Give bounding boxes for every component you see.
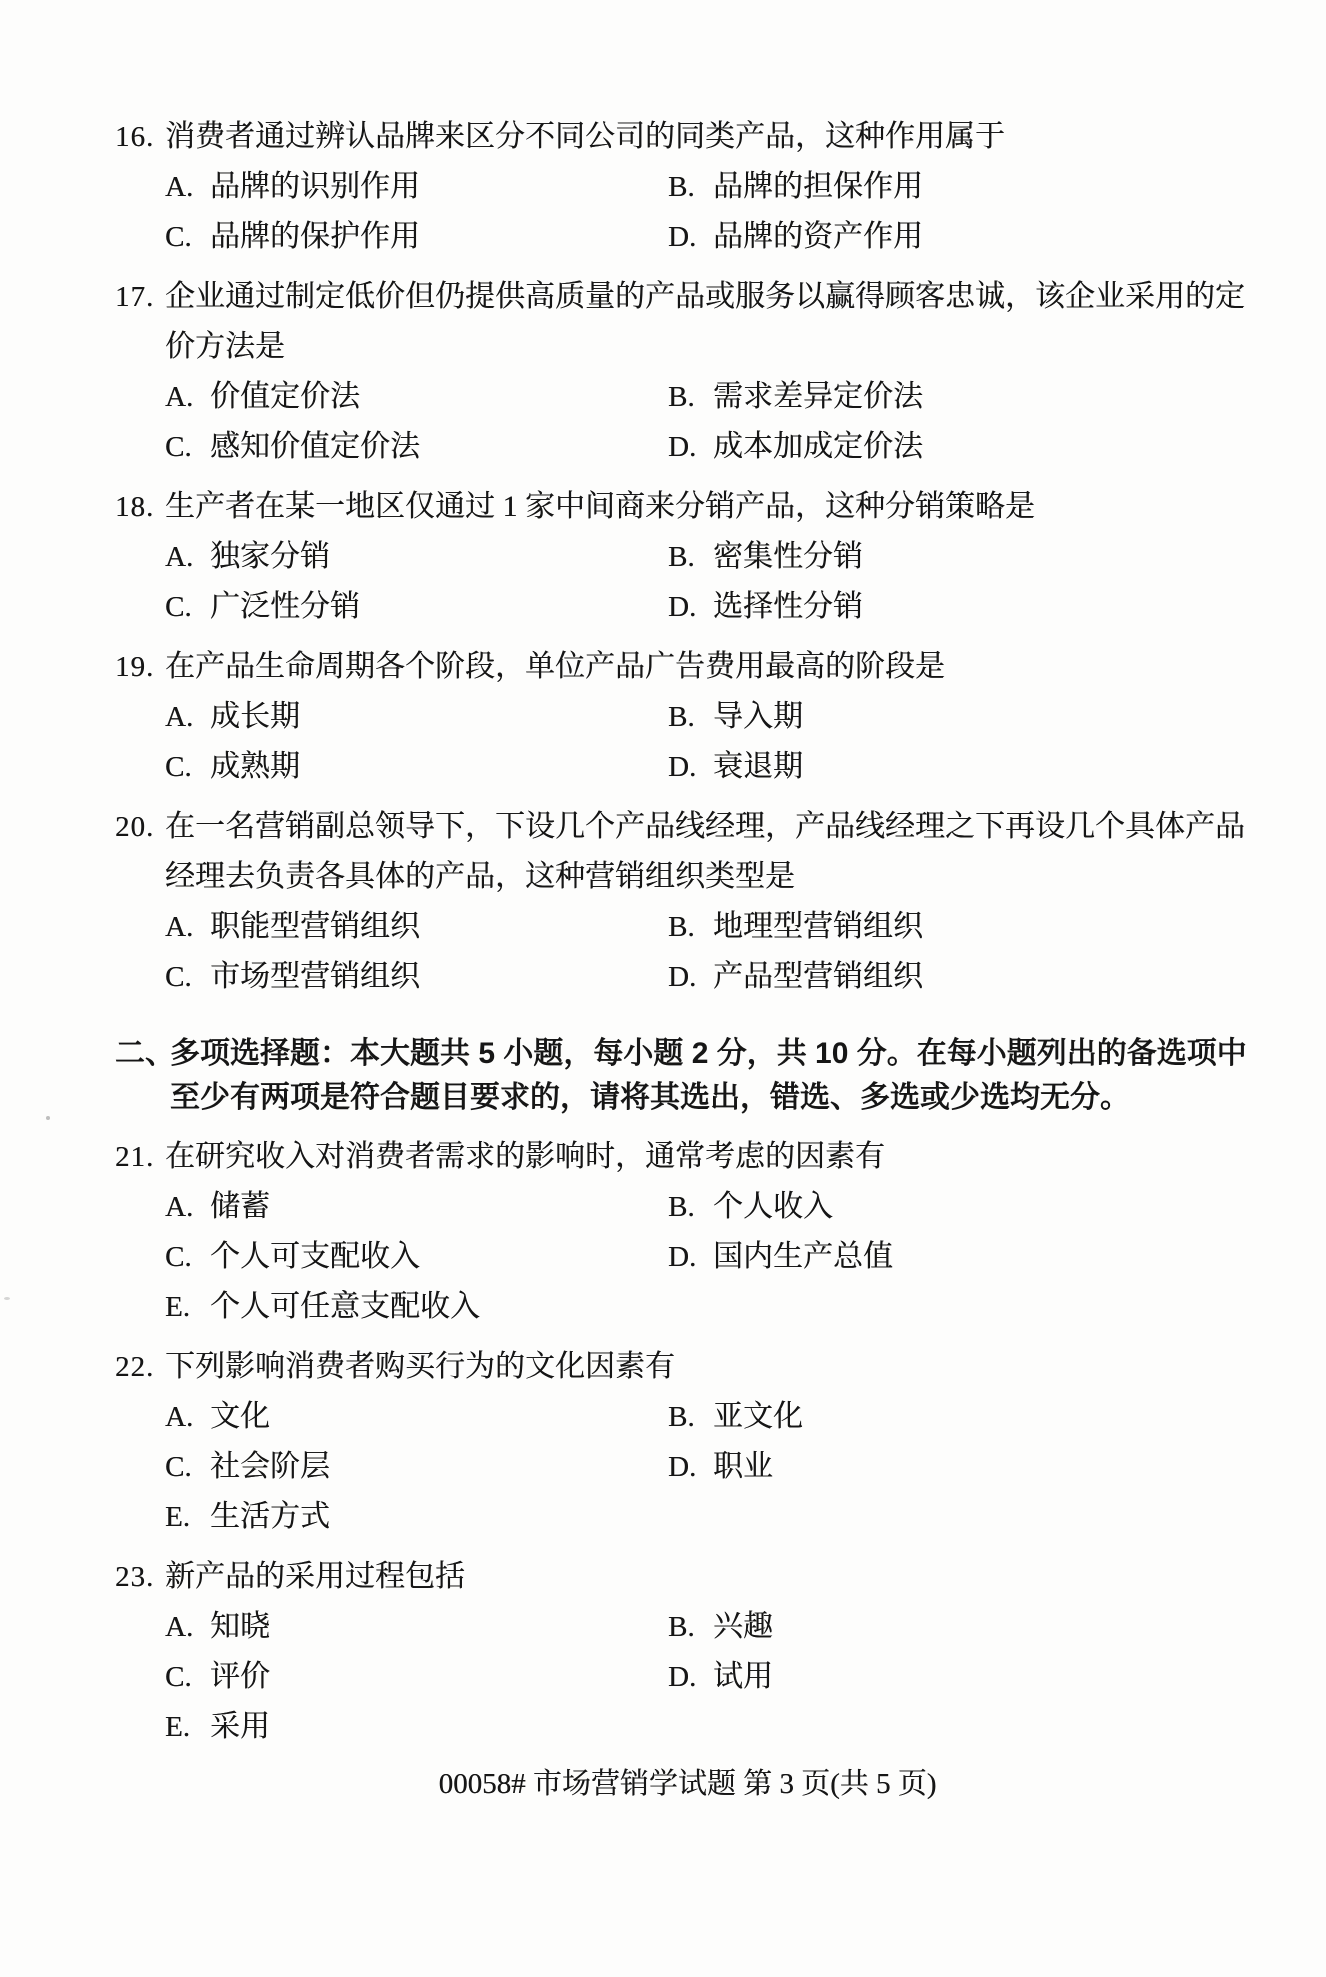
question-text-line: 在研究收入对消费者需求的影响时，通常考虑的因素有 (165, 1132, 1286, 1182)
option: A. 文化 (165, 1392, 668, 1442)
option-label: D. (668, 422, 713, 472)
option-text: 成长期 (210, 692, 300, 742)
option: D. 试用 (668, 1652, 773, 1702)
question-number: 21. (115, 1132, 165, 1182)
question-block-21: 21. 在研究收入对消费者需求的影响时，通常考虑的因素有 A. 储蓄 B. 个人… (115, 1132, 1286, 1332)
option-text: 衰退期 (713, 742, 803, 792)
options: A. 价值定价法 B. 需求差异定价法 C. 感知价值定价法 D. 成本加成定价… (165, 372, 1286, 472)
question-text-line: 新产品的采用过程包括 (165, 1552, 1286, 1602)
option: D. 产品型营销组织 (668, 952, 923, 1002)
options: A. 品牌的识别作用 B. 品牌的担保作用 C. 品牌的保护作用 D. 品牌的资… (165, 162, 1286, 262)
option: B. 密集性分销 (668, 532, 863, 582)
question-text: 下列影响消费者购买行为的文化因素有 (165, 1342, 1286, 1392)
option-label: B. (668, 372, 713, 422)
option-label: B. (668, 532, 713, 582)
question-text-line: 在产品生命周期各个阶段，单位产品广告费用最高的阶段是 (165, 642, 1286, 692)
option-text: 国内生产总值 (713, 1232, 893, 1282)
options: A. 文化 B. 亚文化 C. 社会阶层 D. 职业 E. 生活方式 (165, 1392, 1286, 1542)
option-text: 需求差异定价法 (713, 372, 923, 422)
option-label: B. (668, 692, 713, 742)
option-label: C. (165, 1442, 210, 1492)
option-label: C. (165, 1232, 210, 1282)
section-heading-line: 至少有两项是符合题目要求的，请将其选出，错选、多选或少选均无分。 (170, 1076, 1286, 1120)
option-text: 品牌的识别作用 (210, 162, 420, 212)
option-label: D. (668, 1232, 713, 1282)
options: A. 储蓄 B. 个人收入 C. 个人可支配收入 D. 国内生产总值 E. (165, 1182, 1286, 1332)
option: C. 社会阶层 (165, 1442, 668, 1492)
option-text: 亚文化 (713, 1392, 803, 1442)
option-text: 品牌的担保作用 (713, 162, 923, 212)
option: C. 评价 (165, 1652, 668, 1702)
option-label: C. (165, 422, 210, 472)
option-label: A. (165, 372, 210, 422)
option: C. 市场型营销组织 (165, 952, 668, 1002)
question-text: 在研究收入对消费者需求的影响时，通常考虑的因素有 (165, 1132, 1286, 1182)
option: E. 生活方式 (165, 1492, 668, 1542)
option: D. 品牌的资产作用 (668, 212, 923, 262)
question-block-19: 19. 在产品生命周期各个阶段，单位产品广告费用最高的阶段是 A. 成长期 B.… (115, 642, 1286, 792)
question-number: 23. (115, 1552, 165, 1602)
option: A. 成长期 (165, 692, 668, 742)
option-text: 选择性分销 (713, 582, 863, 632)
option-text: 个人可支配收入 (210, 1232, 420, 1282)
page-content: 16. 消费者通过辨认品牌来区分不同公司的同类产品，这种作用属于 A. 品牌的识… (0, 0, 1326, 1804)
section-heading: 二、 多项选择题：本大题共 5 小题，每小题 2 分，共 10 分。在每小题列出… (115, 1032, 1286, 1120)
option-label: A. (165, 162, 210, 212)
option-label: A. (165, 1182, 210, 1232)
option: D. 选择性分销 (668, 582, 863, 632)
option-text: 个人可任意支配收入 (210, 1282, 480, 1332)
scan-speck (4, 1297, 10, 1300)
question-block-18: 18. 生产者在某一地区仅通过 1 家中间商来分销产品，这种分销策略是 A. 独… (115, 482, 1286, 632)
option-text: 职业 (713, 1442, 773, 1492)
options: A. 职能型营销组织 B. 地理型营销组织 C. 市场型营销组织 D. 产品型营… (165, 902, 1286, 1002)
option: D. 国内生产总值 (668, 1232, 893, 1282)
question-text: 在产品生命周期各个阶段，单位产品广告费用最高的阶段是 (165, 642, 1286, 692)
option-label: B. (668, 902, 713, 952)
option-label: D. (668, 1652, 713, 1702)
option-label: A. (165, 692, 210, 742)
option-label: D. (668, 952, 713, 1002)
option-text: 文化 (210, 1392, 270, 1442)
question-text-line: 下列影响消费者购买行为的文化因素有 (165, 1342, 1286, 1392)
option: B. 兴趣 (668, 1602, 773, 1652)
option-text: 个人收入 (713, 1182, 833, 1232)
option-label: B. (668, 1182, 713, 1232)
question-text-line: 生产者在某一地区仅通过 1 家中间商来分销产品，这种分销策略是 (165, 482, 1286, 532)
option-label: A. (165, 1392, 210, 1442)
option-text: 采用 (210, 1702, 270, 1752)
scan-speck (46, 1116, 50, 1120)
option-label: C. (165, 582, 210, 632)
option: B. 地理型营销组织 (668, 902, 923, 952)
option-label: D. (668, 212, 713, 262)
option-text: 广泛性分销 (210, 582, 360, 632)
question-text-line: 经理去负责各具体的产品，这种营销组织类型是 (165, 852, 1286, 902)
question-text-line: 在一名营销副总领导下，下设几个产品线经理，产品线经理之下再设几个具体产品 (165, 802, 1286, 852)
option: A. 价值定价法 (165, 372, 668, 422)
option-label: B. (668, 162, 713, 212)
option: C. 品牌的保护作用 (165, 212, 668, 262)
question-block-22: 22. 下列影响消费者购买行为的文化因素有 A. 文化 B. 亚文化 C. 社会… (115, 1342, 1286, 1542)
option-text: 感知价值定价法 (210, 422, 420, 472)
option-label: C. (165, 952, 210, 1002)
option-label: C. (165, 1652, 210, 1702)
options: A. 知晓 B. 兴趣 C. 评价 D. 试用 E. 采用 (165, 1602, 1286, 1752)
question-block-23: 23. 新产品的采用过程包括 A. 知晓 B. 兴趣 C. 评价 (115, 1552, 1286, 1752)
question-number: 17. (115, 272, 165, 322)
option-label: D. (668, 742, 713, 792)
question-number: 19. (115, 642, 165, 692)
question-number: 20. (115, 802, 165, 852)
question-block-16: 16. 消费者通过辨认品牌来区分不同公司的同类产品，这种作用属于 A. 品牌的识… (115, 112, 1286, 262)
option: C. 感知价值定价法 (165, 422, 668, 472)
option-text: 导入期 (713, 692, 803, 742)
question-text: 生产者在某一地区仅通过 1 家中间商来分销产品，这种分销策略是 (165, 482, 1286, 532)
option-label: D. (668, 582, 713, 632)
option: B. 需求差异定价法 (668, 372, 923, 422)
option-text: 成熟期 (210, 742, 300, 792)
section-number: 二、 (115, 1032, 170, 1076)
option-text: 价值定价法 (210, 372, 360, 422)
option-text: 社会阶层 (210, 1442, 330, 1492)
question-text: 企业通过制定低价但仍提供高质量的产品或服务以赢得顾客忠诚，该企业采用的定 价方法… (165, 272, 1286, 372)
option-label: A. (165, 1602, 210, 1652)
option-text: 知晓 (210, 1602, 270, 1652)
option-text: 品牌的保护作用 (210, 212, 420, 262)
question-number: 22. (115, 1342, 165, 1392)
option-text: 成本加成定价法 (713, 422, 923, 472)
option-label: B. (668, 1392, 713, 1442)
option-label: C. (165, 212, 210, 262)
option-text: 试用 (713, 1652, 773, 1702)
page-footer: 00058# 市场营销学试题 第 3 页(共 5 页) (102, 1764, 1273, 1804)
options: A. 独家分销 B. 密集性分销 C. 广泛性分销 D. 选择性分销 (165, 532, 1286, 632)
option: A. 职能型营销组织 (165, 902, 668, 952)
option-text: 密集性分销 (713, 532, 863, 582)
option: C. 成熟期 (165, 742, 668, 792)
option-text: 兴趣 (713, 1602, 773, 1652)
option-label: E. (165, 1492, 210, 1542)
option: B. 个人收入 (668, 1182, 893, 1232)
option: B. 品牌的担保作用 (668, 162, 923, 212)
section-heading-line: 多项选择题：本大题共 5 小题，每小题 2 分，共 10 分。在每小题列出的备选… (170, 1032, 1247, 1076)
option-label: E. (165, 1702, 210, 1752)
option: B. 导入期 (668, 692, 803, 742)
option: D. 职业 (668, 1442, 803, 1492)
question-text: 消费者通过辨认品牌来区分不同公司的同类产品，这种作用属于 (165, 112, 1286, 162)
option-text: 储蓄 (210, 1182, 270, 1232)
option: A. 品牌的识别作用 (165, 162, 668, 212)
option: B. 亚文化 (668, 1392, 803, 1442)
question-text: 新产品的采用过程包括 (165, 1552, 1286, 1602)
option-text: 市场型营销组织 (210, 952, 420, 1002)
option-text: 独家分销 (210, 532, 330, 582)
question-text-line: 价方法是 (165, 322, 1286, 372)
option-text: 职能型营销组织 (210, 902, 420, 952)
question-text-line: 消费者通过辨认品牌来区分不同公司的同类产品，这种作用属于 (165, 112, 1286, 162)
option-label: B. (668, 1602, 713, 1652)
option-label: A. (165, 532, 210, 582)
option-text: 产品型营销组织 (713, 952, 923, 1002)
question-number: 16. (115, 112, 165, 162)
question-number: 18. (115, 482, 165, 532)
options: A. 成长期 B. 导入期 C. 成熟期 D. 衰退期 (165, 692, 1286, 792)
option-text: 地理型营销组织 (713, 902, 923, 952)
option-label: E. (165, 1282, 210, 1332)
option: A. 储蓄 (165, 1182, 668, 1232)
option: E. 个人可任意支配收入 (165, 1282, 668, 1332)
option: A. 知晓 (165, 1602, 668, 1652)
option: D. 衰退期 (668, 742, 803, 792)
option-text: 品牌的资产作用 (713, 212, 923, 262)
question-block-17: 17. 企业通过制定低价但仍提供高质量的产品或服务以赢得顾客忠诚，该企业采用的定… (115, 272, 1286, 472)
option: A. 独家分销 (165, 532, 668, 582)
question-text-line: 企业通过制定低价但仍提供高质量的产品或服务以赢得顾客忠诚，该企业采用的定 (165, 272, 1286, 322)
question-block-20: 20. 在一名营销副总领导下，下设几个产品线经理，产品线经理之下再设几个具体产品… (115, 802, 1286, 1002)
option-text: 评价 (210, 1652, 270, 1702)
option-label: C. (165, 742, 210, 792)
exam-page: 16. 消费者通过辨认品牌来区分不同公司的同类产品，这种作用属于 A. 品牌的识… (0, 0, 1326, 1977)
question-text: 在一名营销副总领导下，下设几个产品线经理，产品线经理之下再设几个具体产品 经理去… (165, 802, 1286, 902)
option: C. 广泛性分销 (165, 582, 668, 632)
option-label: A. (165, 902, 210, 952)
option-label: D. (668, 1442, 713, 1492)
option: E. 采用 (165, 1702, 668, 1752)
option-text: 生活方式 (210, 1492, 330, 1542)
option: C. 个人可支配收入 (165, 1232, 668, 1282)
option: D. 成本加成定价法 (668, 422, 923, 472)
